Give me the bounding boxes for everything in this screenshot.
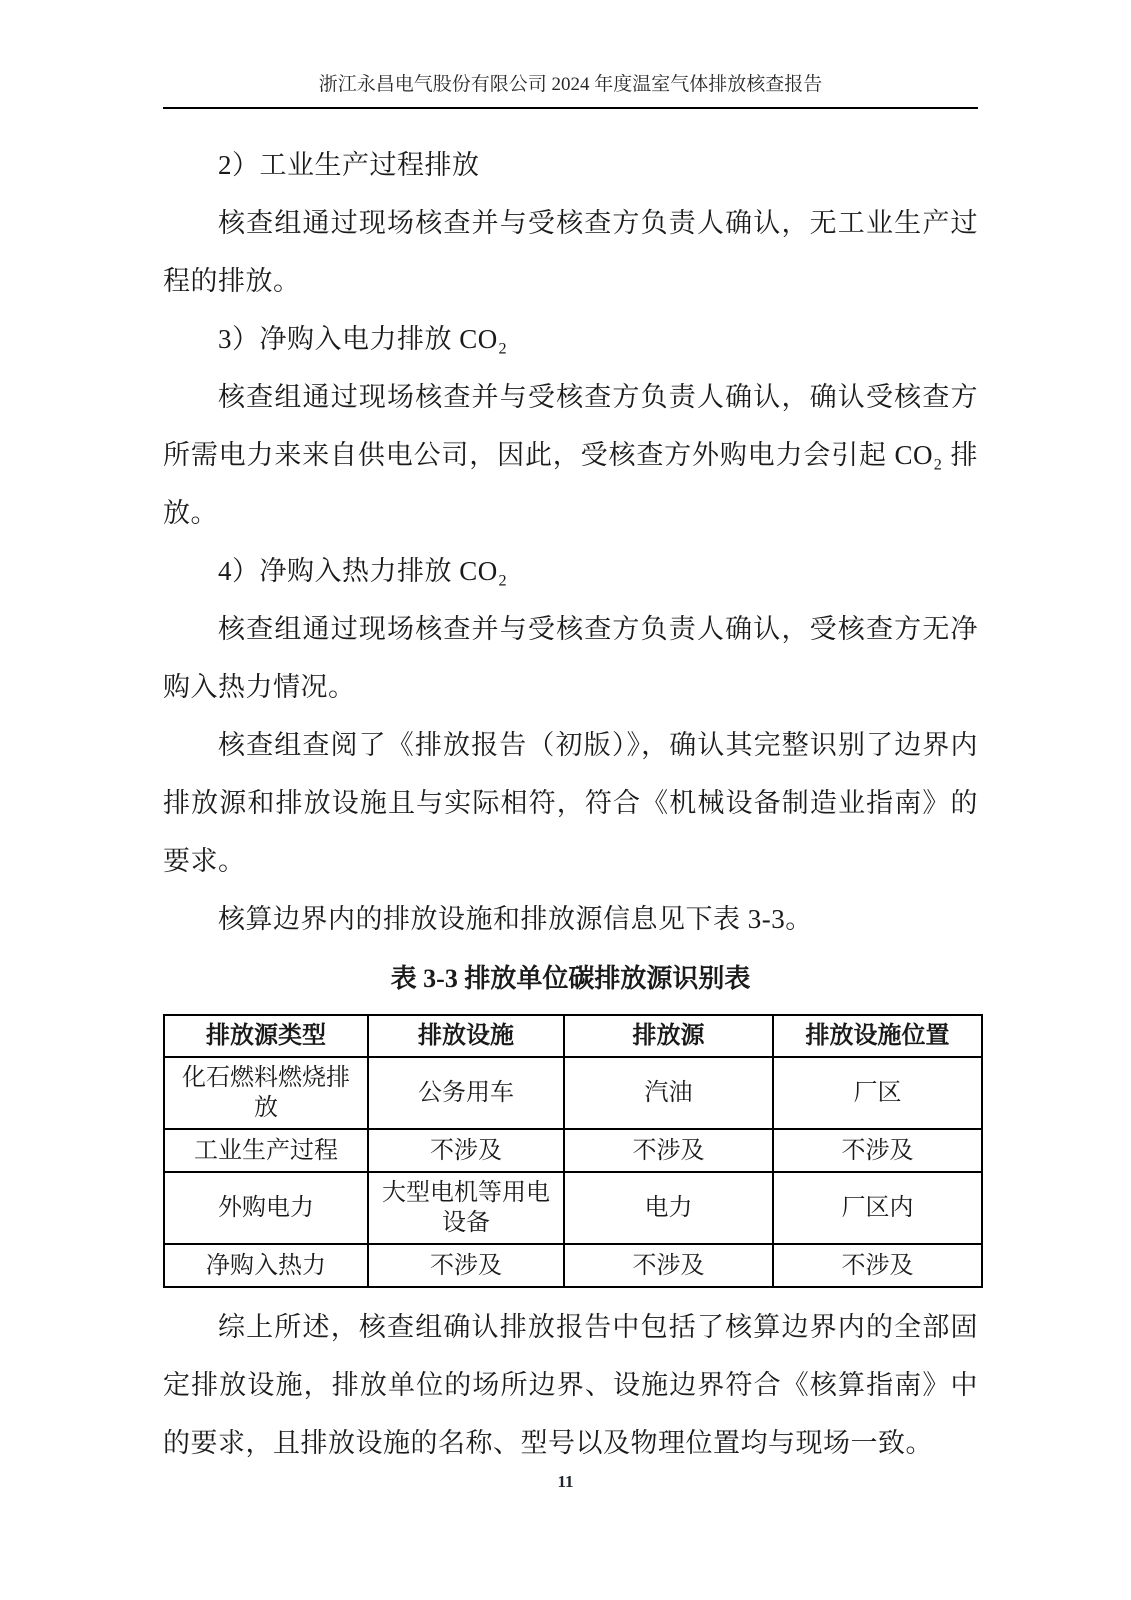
paragraph-purchased-electricity: 核查组通过现场核查并与受核查方负责人确认，确认受核查方所需电力来来自供电公司，因… (163, 368, 978, 542)
cell-source: 不涉及 (564, 1244, 773, 1287)
report-header-title: 浙江永昌电气股份有限公司 2024 年度温室气体排放核查报告 (319, 74, 823, 95)
cell-location: 厂区内 (773, 1172, 982, 1244)
table-row-purchased-electricity: 外购电力 大型电机等用电设备 电力 厂区内 (164, 1172, 982, 1244)
column-header-source: 排放源 (564, 1015, 773, 1057)
document-page: 浙江永昌电气股份有限公司 2024 年度温室气体排放核查报告 2）工业生产过程排… (0, 0, 1131, 1600)
table-row-fossil-fuel: 化石燃料燃烧排放 公务用车 汽油 厂区 (164, 1057, 982, 1129)
cell-source: 电力 (564, 1172, 773, 1244)
table-row-industrial-process: 工业生产过程 不涉及 不涉及 不涉及 (164, 1129, 982, 1172)
table-row-purchased-heat: 净购入热力 不涉及 不涉及 不涉及 (164, 1244, 982, 1287)
paragraph-report-review: 核查组查阅了《排放报告（初版）》，确认其完整识别了边界内排放源和排放设施且与实际… (163, 716, 978, 890)
emission-source-identification-table: 排放源类型 排放设施 排放源 排放设施位置 化石燃料燃烧排放 公务用车 汽油 厂… (163, 1014, 983, 1288)
column-header-facility-location: 排放设施位置 (773, 1015, 982, 1057)
cell-location: 不涉及 (773, 1129, 982, 1172)
cell-facility: 公务用车 (368, 1057, 564, 1129)
cell-facility: 大型电机等用电设备 (368, 1172, 564, 1244)
section-heading-purchased-heat: 4）净购入热力排放 CO₂ (163, 542, 978, 600)
cell-source: 不涉及 (564, 1129, 773, 1172)
closing-paragraph: 综上所述，核查组确认排放报告中包括了核算边界内的全部固定排放设施，排放单位的场所… (163, 1298, 978, 1472)
cell-facility: 不涉及 (368, 1129, 564, 1172)
document-content: 2）工业生产过程排放 核查组通过现场核查并与受核查方负责人确认，无工业生产过程的… (163, 136, 978, 1472)
section-heading-purchased-electricity: 3）净购入电力排放 CO₂ (163, 310, 978, 368)
section-heading-industrial-process: 2）工业生产过程排放 (163, 136, 978, 194)
paragraph-purchased-heat: 核查组通过现场核查并与受核查方负责人确认，受核查方无净购入热力情况。 (163, 600, 978, 716)
page-header: 浙江永昌电气股份有限公司 2024 年度温室气体排放核查报告 (163, 72, 978, 109)
paragraph-table-reference: 核算边界内的排放设施和排放源信息见下表 3-3。 (163, 890, 978, 948)
column-header-facility: 排放设施 (368, 1015, 564, 1057)
cell-location: 厂区 (773, 1057, 982, 1129)
paragraph-industrial-process: 核查组通过现场核查并与受核查方负责人确认，无工业生产过程的排放。 (163, 194, 978, 310)
cell-source: 汽油 (564, 1057, 773, 1129)
page-number: 11 (557, 1472, 573, 1491)
column-header-source-type: 排放源类型 (164, 1015, 368, 1057)
cell-source-type: 化石燃料燃烧排放 (164, 1057, 368, 1129)
page-footer: 11 (0, 1472, 1131, 1492)
cell-source-type: 工业生产过程 (164, 1129, 368, 1172)
table-caption: 表 3-3 排放单位碳排放源识别表 (163, 954, 978, 1004)
cell-source-type: 净购入热力 (164, 1244, 368, 1287)
table-header-row: 排放源类型 排放设施 排放源 排放设施位置 (164, 1015, 982, 1057)
cell-location: 不涉及 (773, 1244, 982, 1287)
cell-facility: 不涉及 (368, 1244, 564, 1287)
cell-source-type: 外购电力 (164, 1172, 368, 1244)
